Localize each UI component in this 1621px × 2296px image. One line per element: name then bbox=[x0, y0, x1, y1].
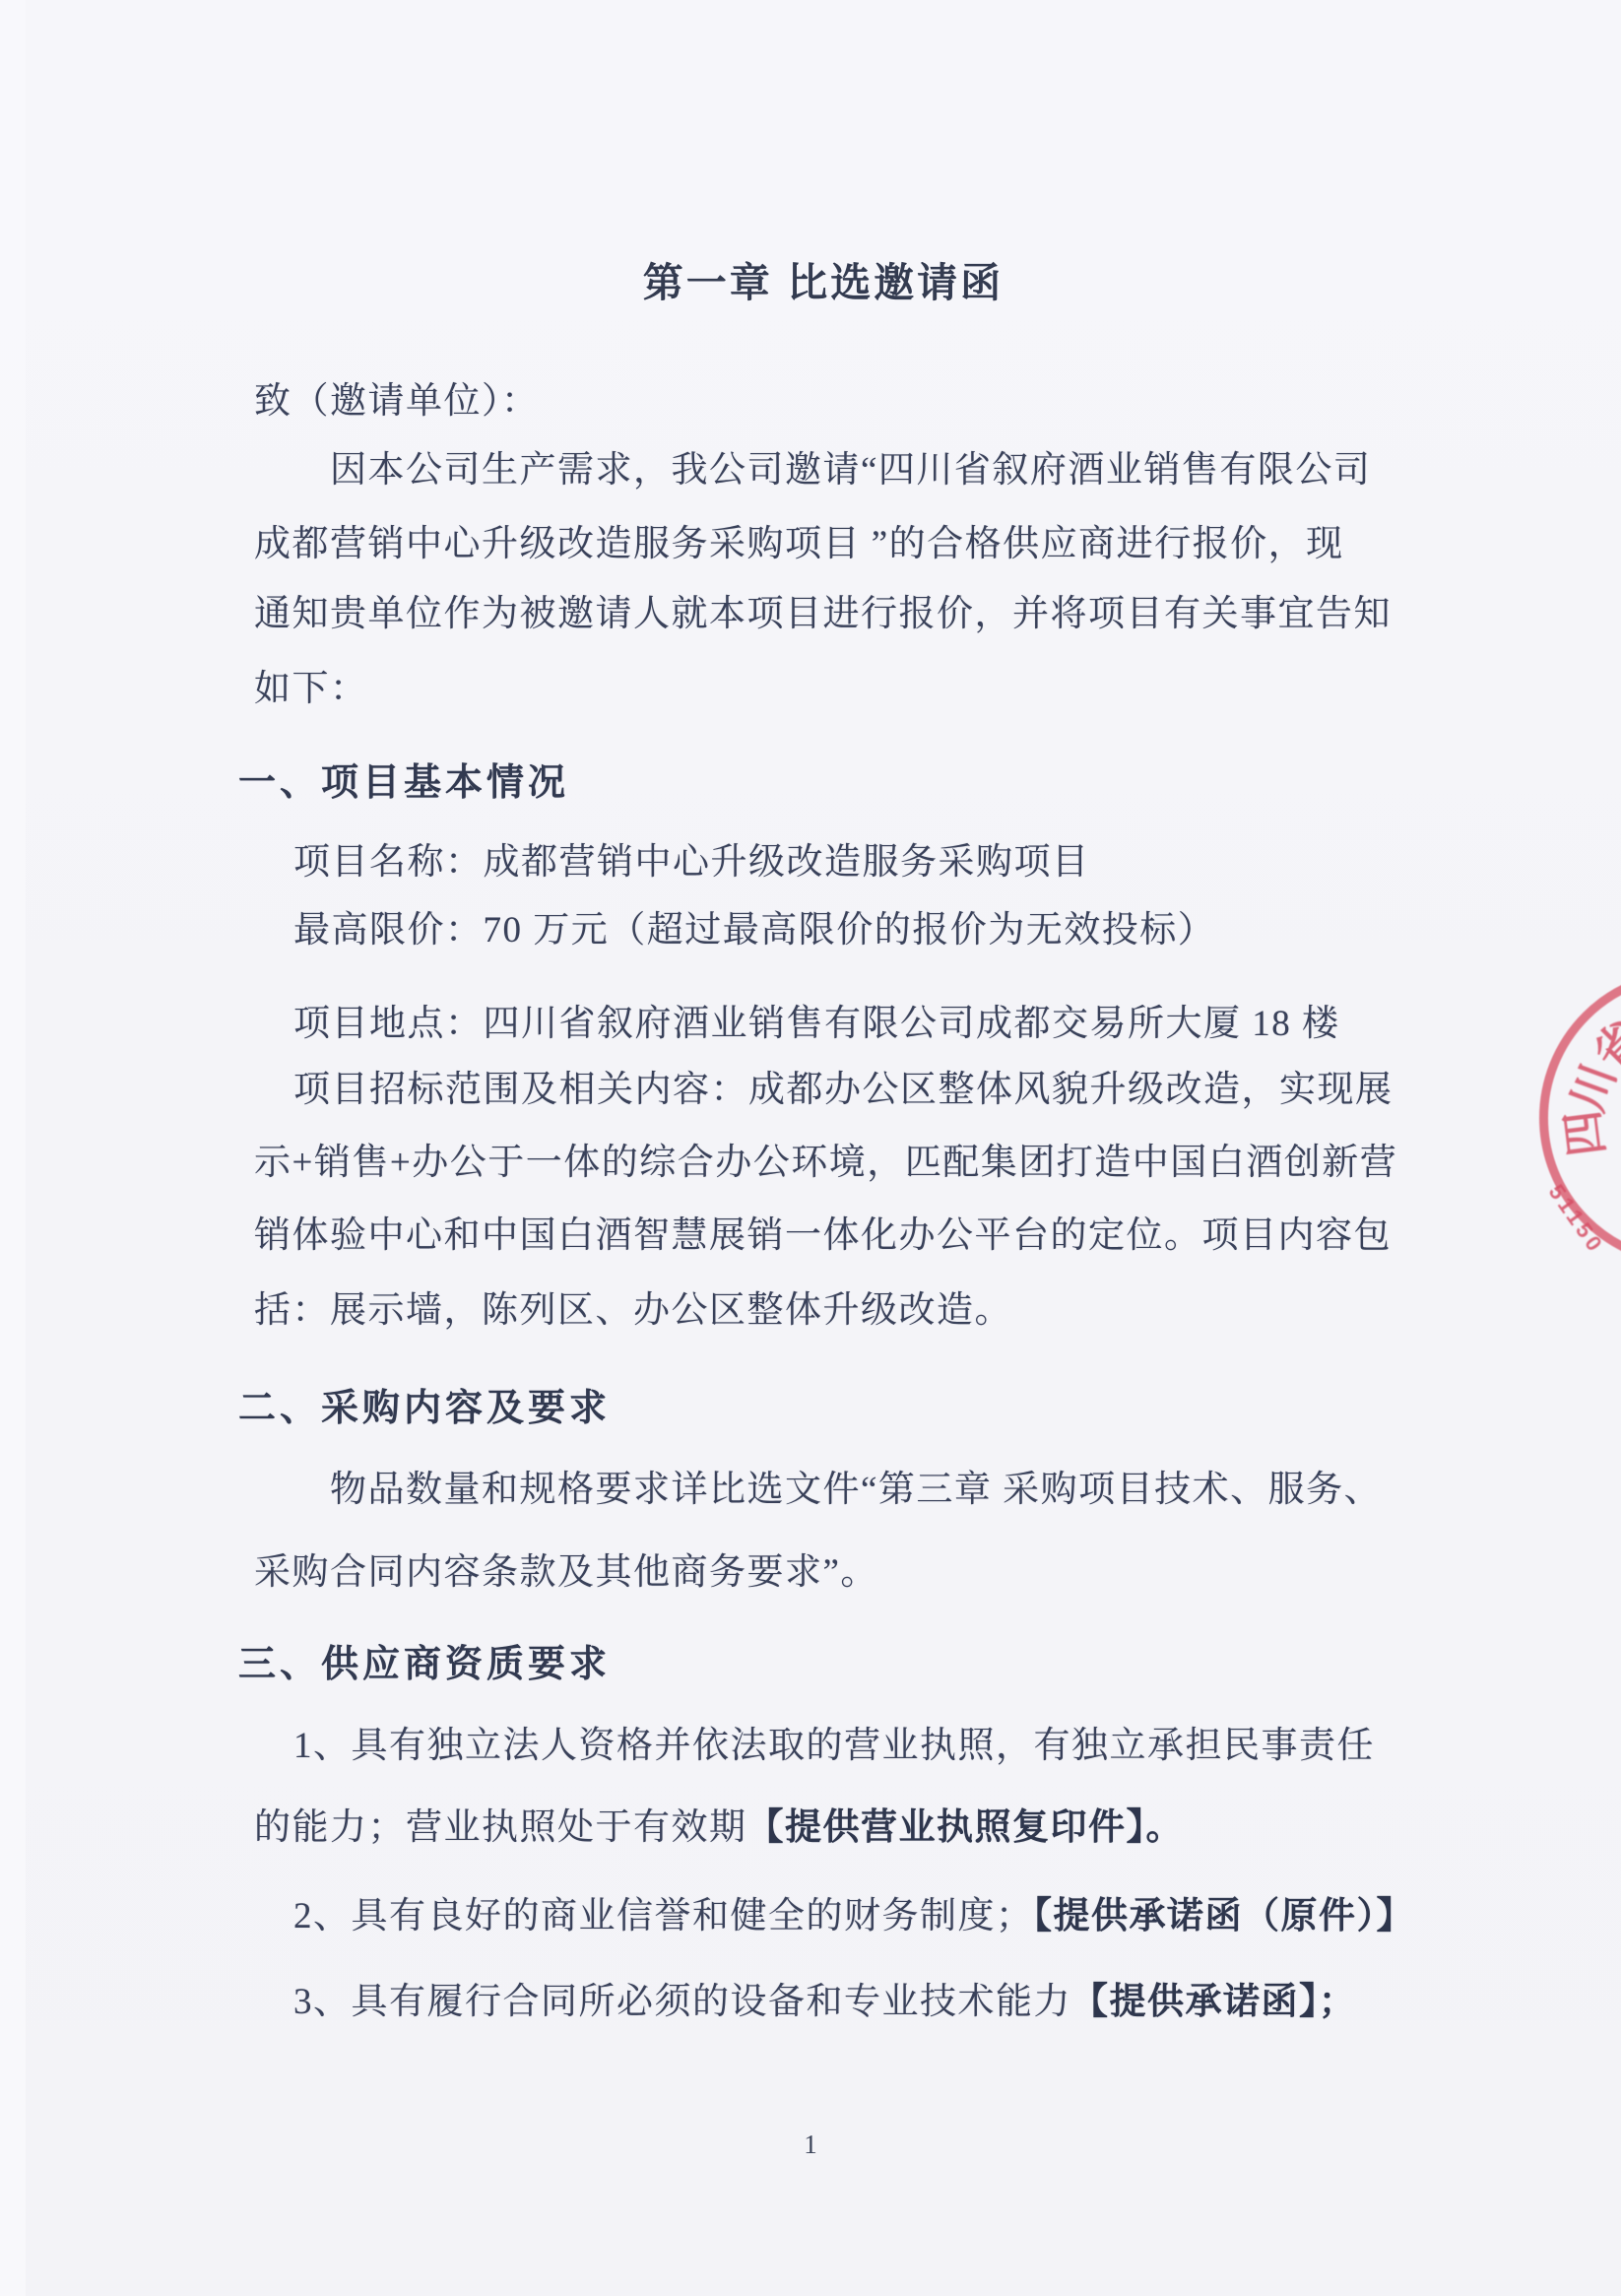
chapter-title: 第一章 比选邀请函 bbox=[0, 250, 1621, 308]
qualification-text: 3、具有履行合同所必须的设备和专业技术能力 bbox=[293, 1982, 1071, 2022]
qualification-line: 3、具有履行合同所必须的设备和专业技术能力【提供承诺函】； bbox=[293, 1980, 1357, 2025]
scan-edge-artifact bbox=[0, 0, 26, 2296]
stamp-character: 省 bbox=[1577, 1004, 1621, 1082]
body-line: 项目名称：成都营销中心升级改造服务采购项目 bbox=[293, 840, 1090, 886]
stamp-ring bbox=[1539, 969, 1621, 1267]
body-line: 括：展示墙，陈列区、办公区整体升级改造。 bbox=[254, 1288, 1012, 1334]
qualification-line: 1、具有独立法人资格并依法取的营业执照，有独立承担民事责任 bbox=[293, 1724, 1375, 1769]
body-line: 采购合同内容条款及其他商务要求”。 bbox=[254, 1550, 878, 1596]
qualification-bracket-note: 【提供承诺函（原件）】 bbox=[1034, 1896, 1415, 1936]
intro-line: 因本公司生产需求，我公司邀请“四川省叙府酒业销售有限公司 bbox=[330, 448, 1371, 493]
body-line: 项目地点：四川省叙府酒业销售有限公司成都交易所大厦 18 楼 bbox=[293, 1002, 1340, 1047]
section-heading-3: 三、供应商资质要求 bbox=[238, 1642, 611, 1687]
stamp-character: 四 bbox=[1546, 1107, 1616, 1160]
salutation: 致（邀请单位）： bbox=[254, 379, 540, 425]
qualification-bracket-note: 【提供营业执照复印件】。 bbox=[747, 1807, 1185, 1848]
intro-line: 成都营销中心升级改造服务采购项目 ”的合格供应商进行报价，现 bbox=[254, 522, 1344, 567]
qualification-line: 2、具有良好的商业信誉和健全的财务制度；【提供承诺函（原件）】 bbox=[293, 1894, 1414, 1939]
body-line: 物品数量和规格要求详比选文件“第三章 采购项目技术、服务、 bbox=[330, 1468, 1382, 1513]
body-line: 最高限价：70 万元（超过最高限价的报价为无效投标） bbox=[293, 908, 1215, 953]
body-line: 示+销售+办公于一体的综合办公环境，匹配集团打造中国白酒创新营 bbox=[254, 1141, 1397, 1186]
intro-line: 如下： bbox=[254, 667, 368, 712]
stamp-serial-number: 51150 bbox=[1543, 1180, 1609, 1259]
stamp-character: 川 bbox=[1552, 1054, 1621, 1119]
qualification-text: 的能力；营业执照处于有效期 bbox=[254, 1807, 747, 1848]
body-line: 销体验中心和中国白酒智慧展销一体化办公平台的定位。项目内容包 bbox=[254, 1214, 1392, 1259]
qualification-text: 1、具有独立法人资格并依法取的营业执照，有独立承担民事责任 bbox=[293, 1726, 1375, 1766]
intro-line: 通知贵单位作为被邀请人就本项目进行报价，并将项目有关事宜告知 bbox=[254, 592, 1392, 637]
qualification-bracket-note: 【提供承诺函】； bbox=[1071, 1982, 1357, 2022]
section-heading-1: 一、项目基本情况 bbox=[238, 760, 569, 806]
document-page: 第一章 比选邀请函 致（邀请单位）： 因本公司生产需求，我公司邀请“四川省叙府酒… bbox=[0, 0, 1621, 2296]
qualification-line: 的能力；营业执照处于有效期【提供营业执照复印件】。 bbox=[254, 1805, 1184, 1851]
section-heading-2: 二、采购内容及要求 bbox=[238, 1386, 611, 1431]
qualification-text: 2、具有良好的商业信誉和健全的财务制度； bbox=[293, 1896, 1034, 1936]
page-number: 1 bbox=[0, 2130, 1621, 2160]
body-line: 项目招标范围及相关内容：成都办公区整体风貌升级改造，实现展 bbox=[293, 1068, 1394, 1113]
